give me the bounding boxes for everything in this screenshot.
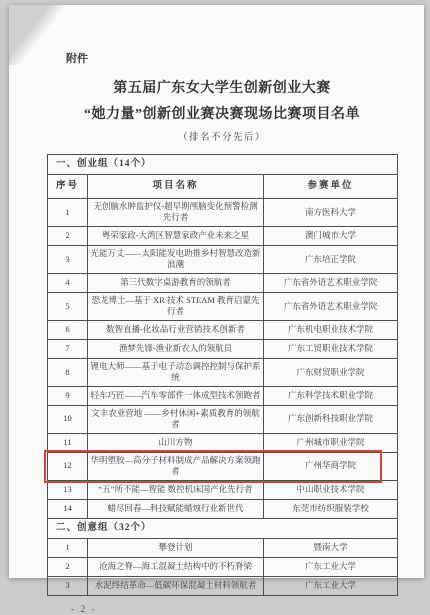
project-name: 无创脑水肿监护仪-超早期颅脑变化预警检测先行者: [88, 199, 264, 227]
project-name: 轻车巧匠——汽车零部件一体成型技术领跑者: [88, 386, 264, 405]
row-index: 1: [48, 538, 88, 557]
table-row: 8 锂电大师——基于电子动态调控控制与保护系统 广东财贸职业学院: [48, 358, 398, 386]
org-name: 广东科学技术职业学院: [264, 386, 398, 405]
row-index: 3: [48, 245, 88, 273]
row-index: 6: [48, 320, 88, 339]
project-name: 渔梦先锋-渔业新农人的领航员: [88, 339, 264, 358]
row-index: 2: [48, 226, 88, 245]
table-row: 11 山川方物 广州城市职业学院: [48, 433, 398, 452]
org-name: 广东培正学院: [264, 245, 398, 273]
table-row: 13 “五”所不能—智能 数控机床国产化先行者 中山职业技术学院: [48, 480, 398, 499]
table-row: 10 文丰农业营地 ——乡村休闲+素质教育的领航者 广东创新科技职业学院: [48, 405, 398, 433]
col-header-project: 项目名称: [88, 175, 264, 199]
project-name: 数智直播-化妆品行业营销技术创新者: [88, 320, 264, 339]
table-header-row: 序号 项目名称 参赛单位: [48, 175, 398, 199]
col-header-index: 序号: [48, 175, 88, 199]
table-row: 7 渔梦先锋-渔业新农人的领航员 广东工贸职业技术学院: [48, 339, 398, 358]
table-row: 3 水泥终结革命—低碳环保混凝土材料领航者 广东工业大学: [48, 576, 398, 582]
row-index: 10: [48, 405, 88, 433]
row-index: 5: [48, 292, 88, 320]
project-name: 攀登计划: [88, 538, 264, 557]
project-name: 锂电大师——基于电子动态调控控制与保护系统: [88, 358, 264, 386]
org-name: 澳门城市大学: [264, 226, 398, 245]
org-name: 广州城市职业学院: [264, 433, 398, 452]
row-index: 11: [48, 433, 88, 452]
org-name: 广州华商学院: [264, 452, 398, 480]
document-page: 附件 第五届广东女大学生创新创业大赛 “她力量”创新创业赛决赛现场比赛项目名单 …: [9, 5, 424, 578]
row-index: 12: [48, 452, 88, 480]
table-row: 2 沧海之脊—海工混凝土结构中的不朽脊梁 广东工业大学: [48, 557, 398, 576]
table-row: 1 攀登计划 暨南大学: [48, 538, 398, 557]
org-name: 广东工贸职业技术学院: [264, 339, 398, 358]
table-row: 9 轻车巧匠——汽车零部件一体成型技术领跑者 广东科学技术职业学院: [48, 386, 398, 405]
document-content: 附件 第五届广东女大学生创新创业大赛 “她力量”创新创业赛决赛现场比赛项目名单 …: [47, 5, 397, 582]
project-name: 光能万丈——太阳能发电助推乡村智慧改造新浪潮: [88, 245, 264, 273]
row-index: 3: [48, 576, 88, 582]
table-row: 1 无创脑水肿监护仪-超早期颅脑变化预警检测先行者 南方医科大学: [48, 199, 398, 227]
row-index: 1: [48, 199, 88, 227]
project-name: 华明塑胶—高分子材料制成产品解决方案领跑者: [88, 452, 264, 480]
org-name: 广东财贸职业学院: [264, 358, 398, 386]
row-index: 9: [48, 386, 88, 405]
table-row: 4 第三代数字桌游教育的领航者 广东省外语艺术职业学院: [48, 273, 398, 292]
project-name: 沧海之脊—海工混凝土结构中的不朽脊梁: [88, 557, 264, 576]
project-name: 第三代数字桌游教育的领航者: [88, 273, 264, 292]
project-name: 恐龙博士—基于 XR 技术 STEAM 教育启蒙先行者: [88, 292, 264, 320]
org-name: 广东创新科技职业学院: [264, 405, 398, 433]
org-name: 广东省外语艺术职业学院: [264, 273, 398, 292]
row-index: 7: [48, 339, 88, 358]
project-name: “五”所不能—智能 数控机床国产化先行者: [88, 480, 264, 499]
document-title-line2: “她力量”创新创业赛决赛现场比赛项目名单: [47, 103, 397, 123]
section-title: 一、创业组（14个）: [48, 155, 398, 175]
org-name: 广东工业大学: [264, 557, 398, 576]
section-title-row: 二、创意组（32个）: [48, 518, 398, 538]
table-row: 6 数智直播-化妆品行业营销技术创新者 广东机电职业技术学院: [48, 320, 398, 339]
section-title-row: 一、创业组（14个）: [48, 155, 398, 175]
project-name: 粤荣家政-大湾区智慧家政产业未来之星: [88, 226, 264, 245]
project-name: 山川方物: [88, 433, 264, 452]
col-header-org: 参赛单位: [264, 175, 398, 199]
org-name: 广东省外语艺术职业学院: [264, 292, 398, 320]
org-name: 暨南大学: [264, 538, 398, 557]
document-title-line1: 第五届广东女大学生创新创业大赛: [47, 77, 397, 97]
org-name: 南方医科大学: [264, 199, 398, 227]
table-row: 3 光能万丈——太阳能发电助推乡村智慧改造新浪潮 广东培正学院: [48, 245, 398, 273]
project-name: 蜡尽回春—科技赋能蜡烛行业新世代: [88, 499, 264, 518]
row-index: 2: [48, 557, 88, 576]
table-row: 12 华明塑胶—高分子材料制成产品解决方案领跑者 广州华商学院: [48, 452, 398, 480]
project-name: 水泥终结革命—低碳环保混凝土材料领航者: [88, 576, 264, 582]
row-index: 14: [48, 499, 88, 518]
row-index: 13: [48, 480, 88, 499]
project-table: 一、创业组（14个） 序号 项目名称 参赛单位 1 无创脑水肿监护仪-超早期颅脑…: [47, 154, 398, 582]
ranking-note: （排名不分先后）: [47, 129, 397, 143]
row-index: 4: [48, 273, 88, 292]
org-name: 广东机电职业技术学院: [264, 320, 398, 339]
org-name: 东莞市纺织服装学校: [264, 499, 398, 518]
attachment-label: 附件: [66, 50, 397, 66]
org-name: 广东工业大学: [264, 576, 398, 582]
table-row: 2 粤荣家政-大湾区智慧家政产业未来之星 澳门城市大学: [48, 226, 398, 245]
table-row: 5 恐龙博士—基于 XR 技术 STEAM 教育启蒙先行者 广东省外语艺术职业学…: [48, 292, 398, 320]
org-name: 中山职业技术学院: [264, 480, 398, 499]
table-row: 14 蜡尽回春—科技赋能蜡烛行业新世代 东莞市纺织服装学校: [48, 499, 398, 518]
section-title: 二、创意组（32个）: [48, 518, 398, 538]
project-name: 文丰农业营地 ——乡村休闲+素质教育的领航者: [88, 405, 264, 433]
row-index: 8: [48, 358, 88, 386]
